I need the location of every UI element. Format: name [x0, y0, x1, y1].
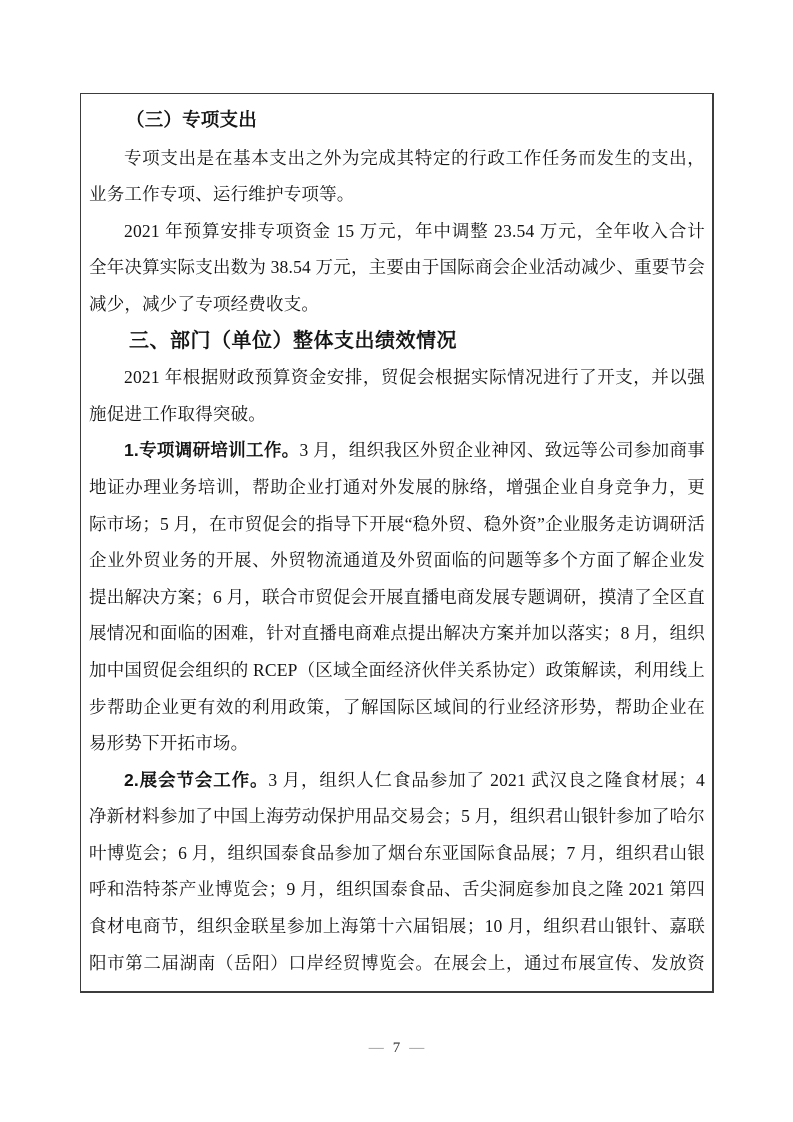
item2-lead-label: 2.展会节会工作。	[124, 770, 268, 790]
section-heading-special-expenditure: （三）专项支出	[89, 103, 705, 140]
paragraph-line: 减少，减少了专项经费收支。	[89, 286, 705, 323]
footer-dash-right: —	[400, 1040, 433, 1056]
paragraph-line: 企业外贸业务的开展、外贸物流通道及外贸面临的问题等多个方面了解企业发展的情况并	[89, 542, 705, 579]
paragraph-line: 2021 年根据财政预算资金安排，贸促会根据实际情况进行了开支，并以强有效的措	[89, 359, 705, 396]
item1-lead-label: 1.专项调研培训工作。	[124, 440, 299, 460]
paragraph-line: 际市场；5 月，在市贸促会的指导下开展“稳外贸、稳外资”企业服务走访调研活动，从	[89, 506, 705, 543]
paragraph-line: 2.展会节会工作。3 月，组织人仁食品参加了 2021 武汉良之隆食材展；4 月…	[89, 762, 705, 799]
paragraph-line: 地证办理业务培训，帮助企业打通对外发展的脉络，增强企业自身竞争力，更好的应对国	[89, 469, 705, 506]
paragraph-line: 1.专项调研培训工作。3 月，组织我区外贸企业神冈、致远等公司参加商事证及原产	[89, 432, 705, 469]
page-text-border-frame: （三）专项支出 专项支出是在基本支出之外为完成其特定的行政工作任务而发生的支出，…	[80, 93, 714, 993]
paragraph-line: 提出解决方案；6 月，联合市贸促会开展直播电商发展专题调研，摸清了全区直播电商发	[89, 579, 705, 616]
paragraph-line: 净新材料参加了中国上海劳动保护用品交易会；5 月，组织君山银针参加了哈尔滨春季茶	[89, 798, 705, 835]
footer-dash-left: —	[360, 1040, 393, 1056]
paragraph-line: 食材电商节，组织金联星参加上海第十六届铝展；10 月，组织君山银针、嘉联食品参加…	[89, 908, 705, 945]
paragraph-line: 步帮助企业更有效的利用政策，了解国际区域间的行业经济形势，帮助企业在现行国际贸	[89, 689, 705, 726]
paragraph-line: 叶博览会；6 月，组织国泰食品参加了烟台东亚国际食品展；7 月，组织君山银针参加…	[89, 835, 705, 872]
paragraph-line: 全年决算实际支出数为 38.54 万元，主要由于国际商会企业活动减少、重要节会展…	[89, 249, 705, 286]
paragraph-line: 2021 年预算安排专项资金 15 万元，年中调整 23.54 万元，全年收入合…	[89, 213, 705, 250]
paragraph-line: 呼和浩特茶产业博览会；9 月，组织国泰食品、舌尖洞庭参加良之隆 2021 第四届…	[89, 871, 705, 908]
page-number-footer: —7—	[0, 1036, 793, 1060]
paragraph-line: 易形势下开拓市场。	[89, 725, 705, 762]
paragraph-line: 施促进工作取得突破。	[89, 396, 705, 433]
paragraph-line: 展情况和面临的困难，针对直播电商难点提出解决方案并加以落实；8 月，组织思博尔参	[89, 615, 705, 652]
paragraph-line: 业务工作专项、运行维护专项等。	[89, 176, 705, 213]
document-page: { "document": { "section_heading_special…	[0, 0, 793, 1122]
section-heading-overall-performance: 三、部门（单位）整体支出绩效情况	[89, 323, 705, 360]
paragraph-line: 专项支出是在基本支出之外为完成其特定的行政工作任务而发生的支出，主要用于	[89, 140, 705, 177]
paragraph-line: 加中国贸促会组织的 RCEP（区域全面经济伙伴关系协定）政策解读，利用线上培训，…	[89, 652, 705, 689]
paragraph-line: 阳市第二届湖南（岳阳）口岸经贸博览会。在展会上，通过布展宣传、发放资料、参加经	[89, 945, 705, 982]
